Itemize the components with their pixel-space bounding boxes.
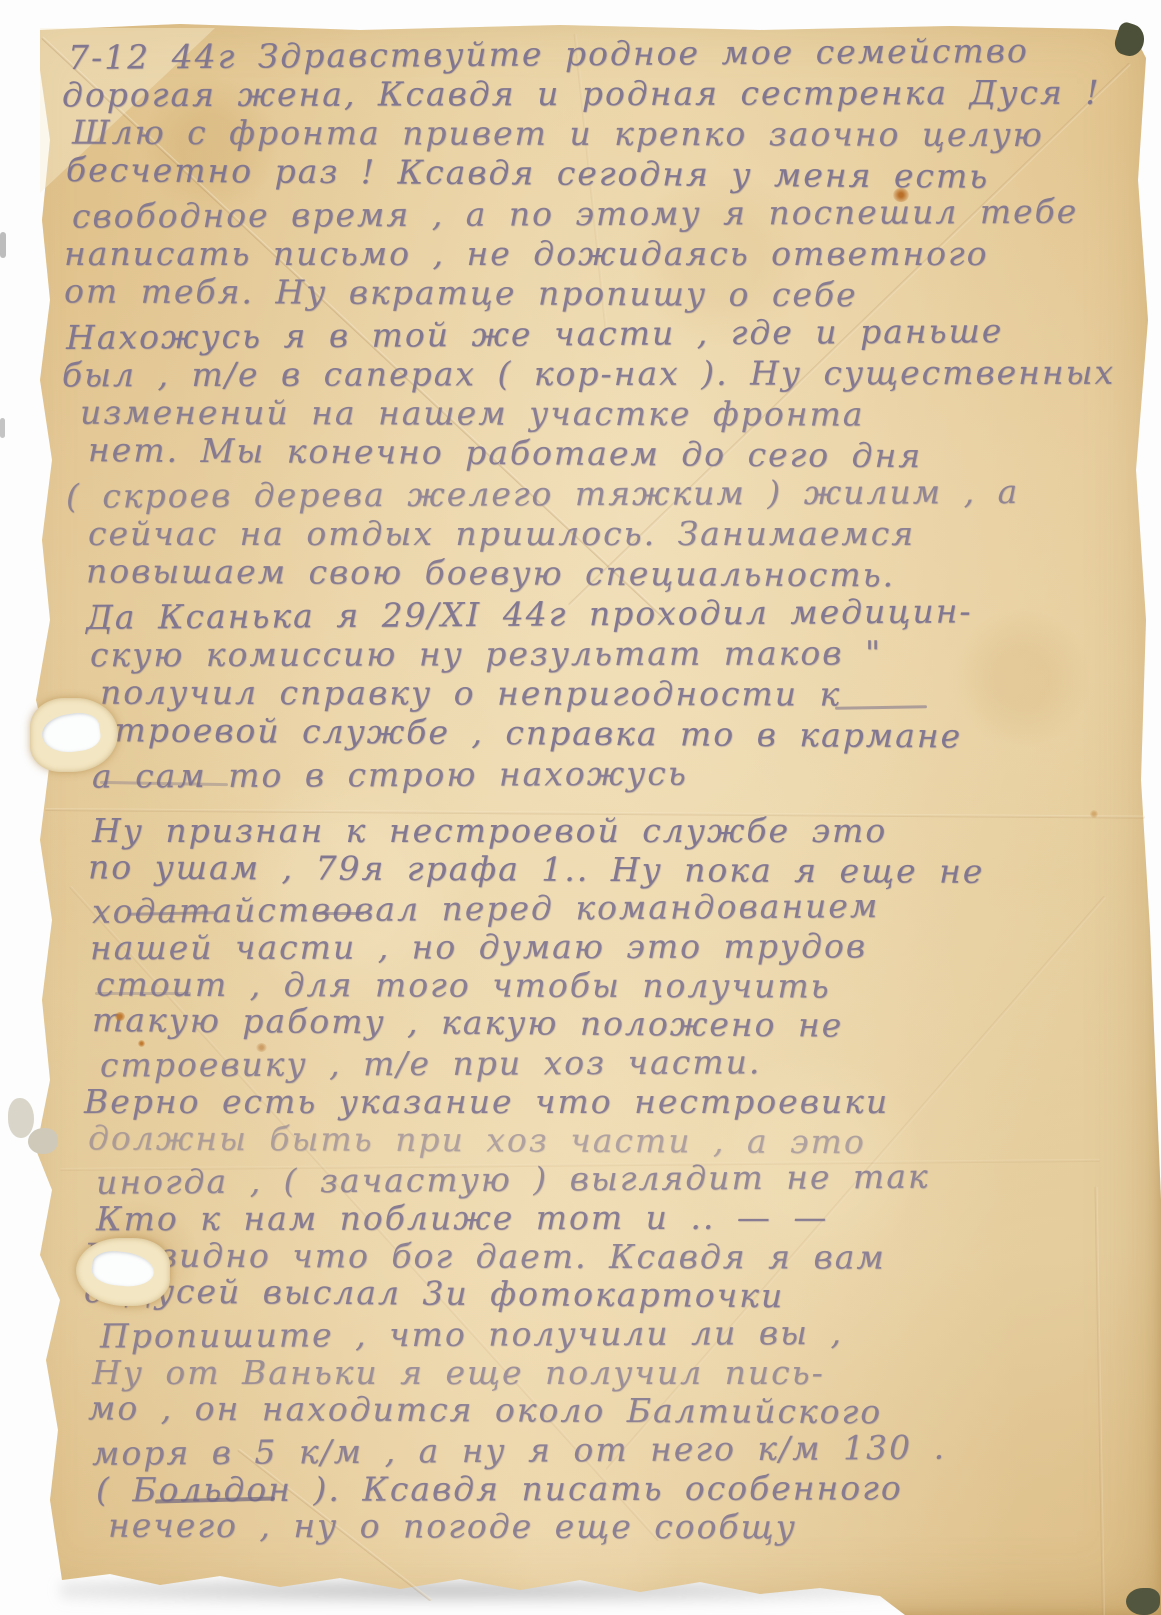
letter-line: Ну признан к нестроевой службе это <box>92 812 1147 851</box>
letter-line: Ну от Ваньки я еще получил пись- <box>92 1354 1147 1393</box>
letter-line: нашей части , но думаю это трудов <box>90 927 1147 968</box>
letter-line: нет. Мы конечно работаем до сего дня <box>88 430 1147 478</box>
letter-line: 7-12 44г Здравствуйте родное мое семейст… <box>68 30 1147 78</box>
paragraph-gap <box>62 794 1147 812</box>
letter-line: Шлю с фронта привет и крепко заочно целу… <box>72 113 1147 156</box>
letter-line: Пропишите , что получили ли вы , <box>100 1312 1147 1356</box>
letter-line: сейчас на отдых пришлось. Занимаемся <box>88 514 1147 554</box>
letter-line: такую работу , какую положено не <box>92 1002 1147 1048</box>
dirt-spot <box>1126 1588 1160 1615</box>
scanner-margin-mark <box>0 418 5 438</box>
letter-line: Да Ксанька я 29/XI 44г проходил медицин- <box>86 590 1147 638</box>
letter-line: скую комиссию ну результат таков " <box>90 633 1147 676</box>
letter-line: Верно есть указание что нестроевики <box>84 1083 1147 1122</box>
letter-line: дорогая жена, Ксавдя и родная сестренка … <box>62 73 1147 116</box>
letter-line: от тебя. Ну вкратце пропишу о себе <box>64 271 1147 316</box>
letter-body: 7-12 44г Здравствуйте родное мое семейст… <box>62 34 1147 1547</box>
letter-line: иногда , ( зачастую ) выглядит не так <box>96 1156 1147 1202</box>
rust-stain <box>115 1012 125 1021</box>
letter-line: был , т/е в саперах ( кор-нах ). Ну суще… <box>62 353 1147 396</box>
underline-mark <box>95 992 191 995</box>
letter-line: ( Больдон ). Ксавдя писать особенного <box>96 1468 1147 1509</box>
letter-line: ( скроев дерева желего тяжким ) жилим , … <box>66 471 1147 516</box>
rust-stain <box>138 1040 145 1047</box>
scanner-margin-mark <box>0 232 6 258</box>
letter-line: получил справку о непригодности к <box>100 673 1147 716</box>
scanned-letter: 7-12 44г Здравствуйте родное мое семейст… <box>0 0 1161 1615</box>
underline-mark <box>318 912 364 915</box>
rust-stain <box>1090 810 1098 818</box>
letter-line: повышаем свою боевую специальность. <box>86 551 1147 596</box>
letter-line: мо , он находится около Балтийского <box>88 1390 1147 1434</box>
letter-line: Нахожусь я в той же части , где и раньше <box>66 310 1147 358</box>
letter-line: Кто к нам поближе тот и .. — — <box>96 1198 1147 1239</box>
rust-stain <box>256 1043 267 1052</box>
letter-line: бесчетно раз ! Ксавдя сегодня у меня ест… <box>66 150 1147 198</box>
letter-line: изменений на нашем участке фронта <box>80 393 1147 436</box>
letter-line: моря в 5 к/м , а ну я от него к/м 130 . <box>92 1427 1147 1473</box>
letter-line: а сам то в строю нахожусь <box>92 751 1147 796</box>
letter-line: должны быть при хоз части , а это <box>88 1119 1147 1163</box>
letter-line: свободное время , а по этому я поспешил … <box>72 191 1147 236</box>
letter-line: написать письмо , не дожидаясь ответного <box>64 234 1147 274</box>
paper-scrap <box>8 1098 34 1138</box>
letter-paragraph: Ну признан к нестроевой службе этопо уша… <box>62 812 1147 1547</box>
letter-line: нечего , ну о погоде еще сообщу <box>108 1507 1147 1548</box>
paper-scrap <box>28 1128 58 1154</box>
rust-stain <box>893 188 909 202</box>
letter-line: ходатайствовал перед командованием <box>92 886 1147 932</box>
letter-line: с Дусей выслал 3и фотокарточки <box>84 1272 1147 1318</box>
letter-paragraph: 7-12 44г Здравствуйте родное мое семейст… <box>62 34 1147 794</box>
letter-line: строевой службе , справка то в кармане <box>94 710 1147 758</box>
